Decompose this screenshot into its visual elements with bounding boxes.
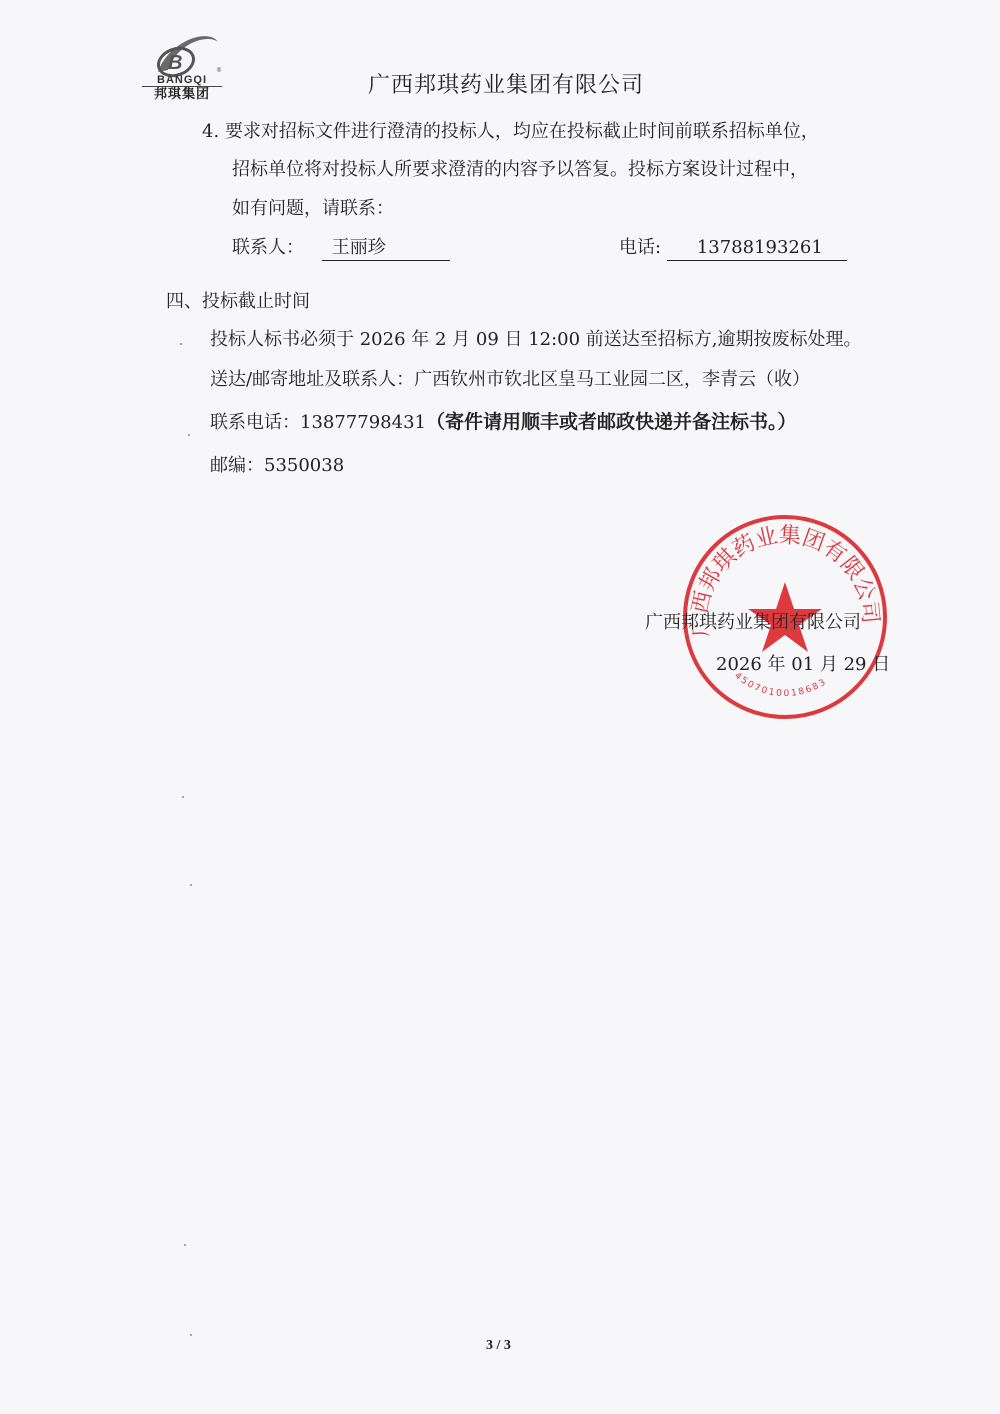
signature-company: 广西邦琪药业集团有限公司 xyxy=(645,608,861,634)
scan-dot xyxy=(190,884,192,886)
company-title: 广西邦琪药业集团有限公司 xyxy=(368,68,644,99)
delivery-phone-label: 联系电话： xyxy=(210,412,300,433)
scan-dot xyxy=(180,343,182,345)
item4-line2: 招标单位将对投标人所要求澄清的内容予以答复。投标方案设计过程中， xyxy=(232,158,808,182)
page-number: 3 / 3 xyxy=(486,1338,511,1354)
delivery-phone-row: 联系电话：13877798431（寄件请用顺丰或者邮政快递并备注标书。） xyxy=(210,410,797,435)
delivery-address: 送达/邮寄地址及联系人：广西钦州市钦北区皇马工业园二区，李青云（收） xyxy=(210,368,810,392)
item4-line3: 如有问题，请联系： xyxy=(232,197,394,221)
section4-heading: 四、投标截止时间 xyxy=(166,290,310,314)
logo-latin-text: BANGQI xyxy=(142,74,222,87)
svg-text:®: ® xyxy=(216,67,222,74)
contact-person-name: 王丽珍 xyxy=(322,236,450,261)
delivery-phone-note: （寄件请用顺丰或者邮政快递并备注标书。） xyxy=(426,411,797,433)
contact-person-label: 联系人： xyxy=(232,237,304,258)
logo-chinese-text: 邦琪集团 xyxy=(142,88,222,102)
delivery-phone-value: 13877798431 xyxy=(300,412,426,433)
scan-dot xyxy=(188,434,190,436)
item4-line1: 4. 要求对招标文件进行澄清的投标人，均应在投标截止时间前联系招标单位， xyxy=(202,120,819,144)
item4-text-1: 要求对招标文件进行澄清的投标人，均应在投标截止时间前联系招标单位， xyxy=(225,121,819,142)
item4-number: 4. xyxy=(202,121,219,142)
postcode-row: 邮编：5350038 xyxy=(210,454,344,478)
contact-phone-label: 电话: xyxy=(619,237,661,258)
deadline-text: 投标人标书必须于 2026 年 2 月 09 日 12:00 前送达至招标方,逾… xyxy=(210,328,862,352)
scan-dot xyxy=(184,1244,186,1246)
contact-person-row: 联系人： 王丽珍 xyxy=(232,236,450,261)
contact-phone-row: 电话: 13788193261 xyxy=(619,236,847,261)
postcode-value: 5350038 xyxy=(264,455,344,476)
scan-dot xyxy=(182,796,184,798)
postcode-label: 邮编： xyxy=(210,455,264,476)
svg-text:B: B xyxy=(168,52,182,74)
signature-date: 2026 年 01 月 29 日 xyxy=(716,650,890,676)
contact-phone-value: 13788193261 xyxy=(667,236,847,261)
scan-dot xyxy=(190,1334,192,1336)
